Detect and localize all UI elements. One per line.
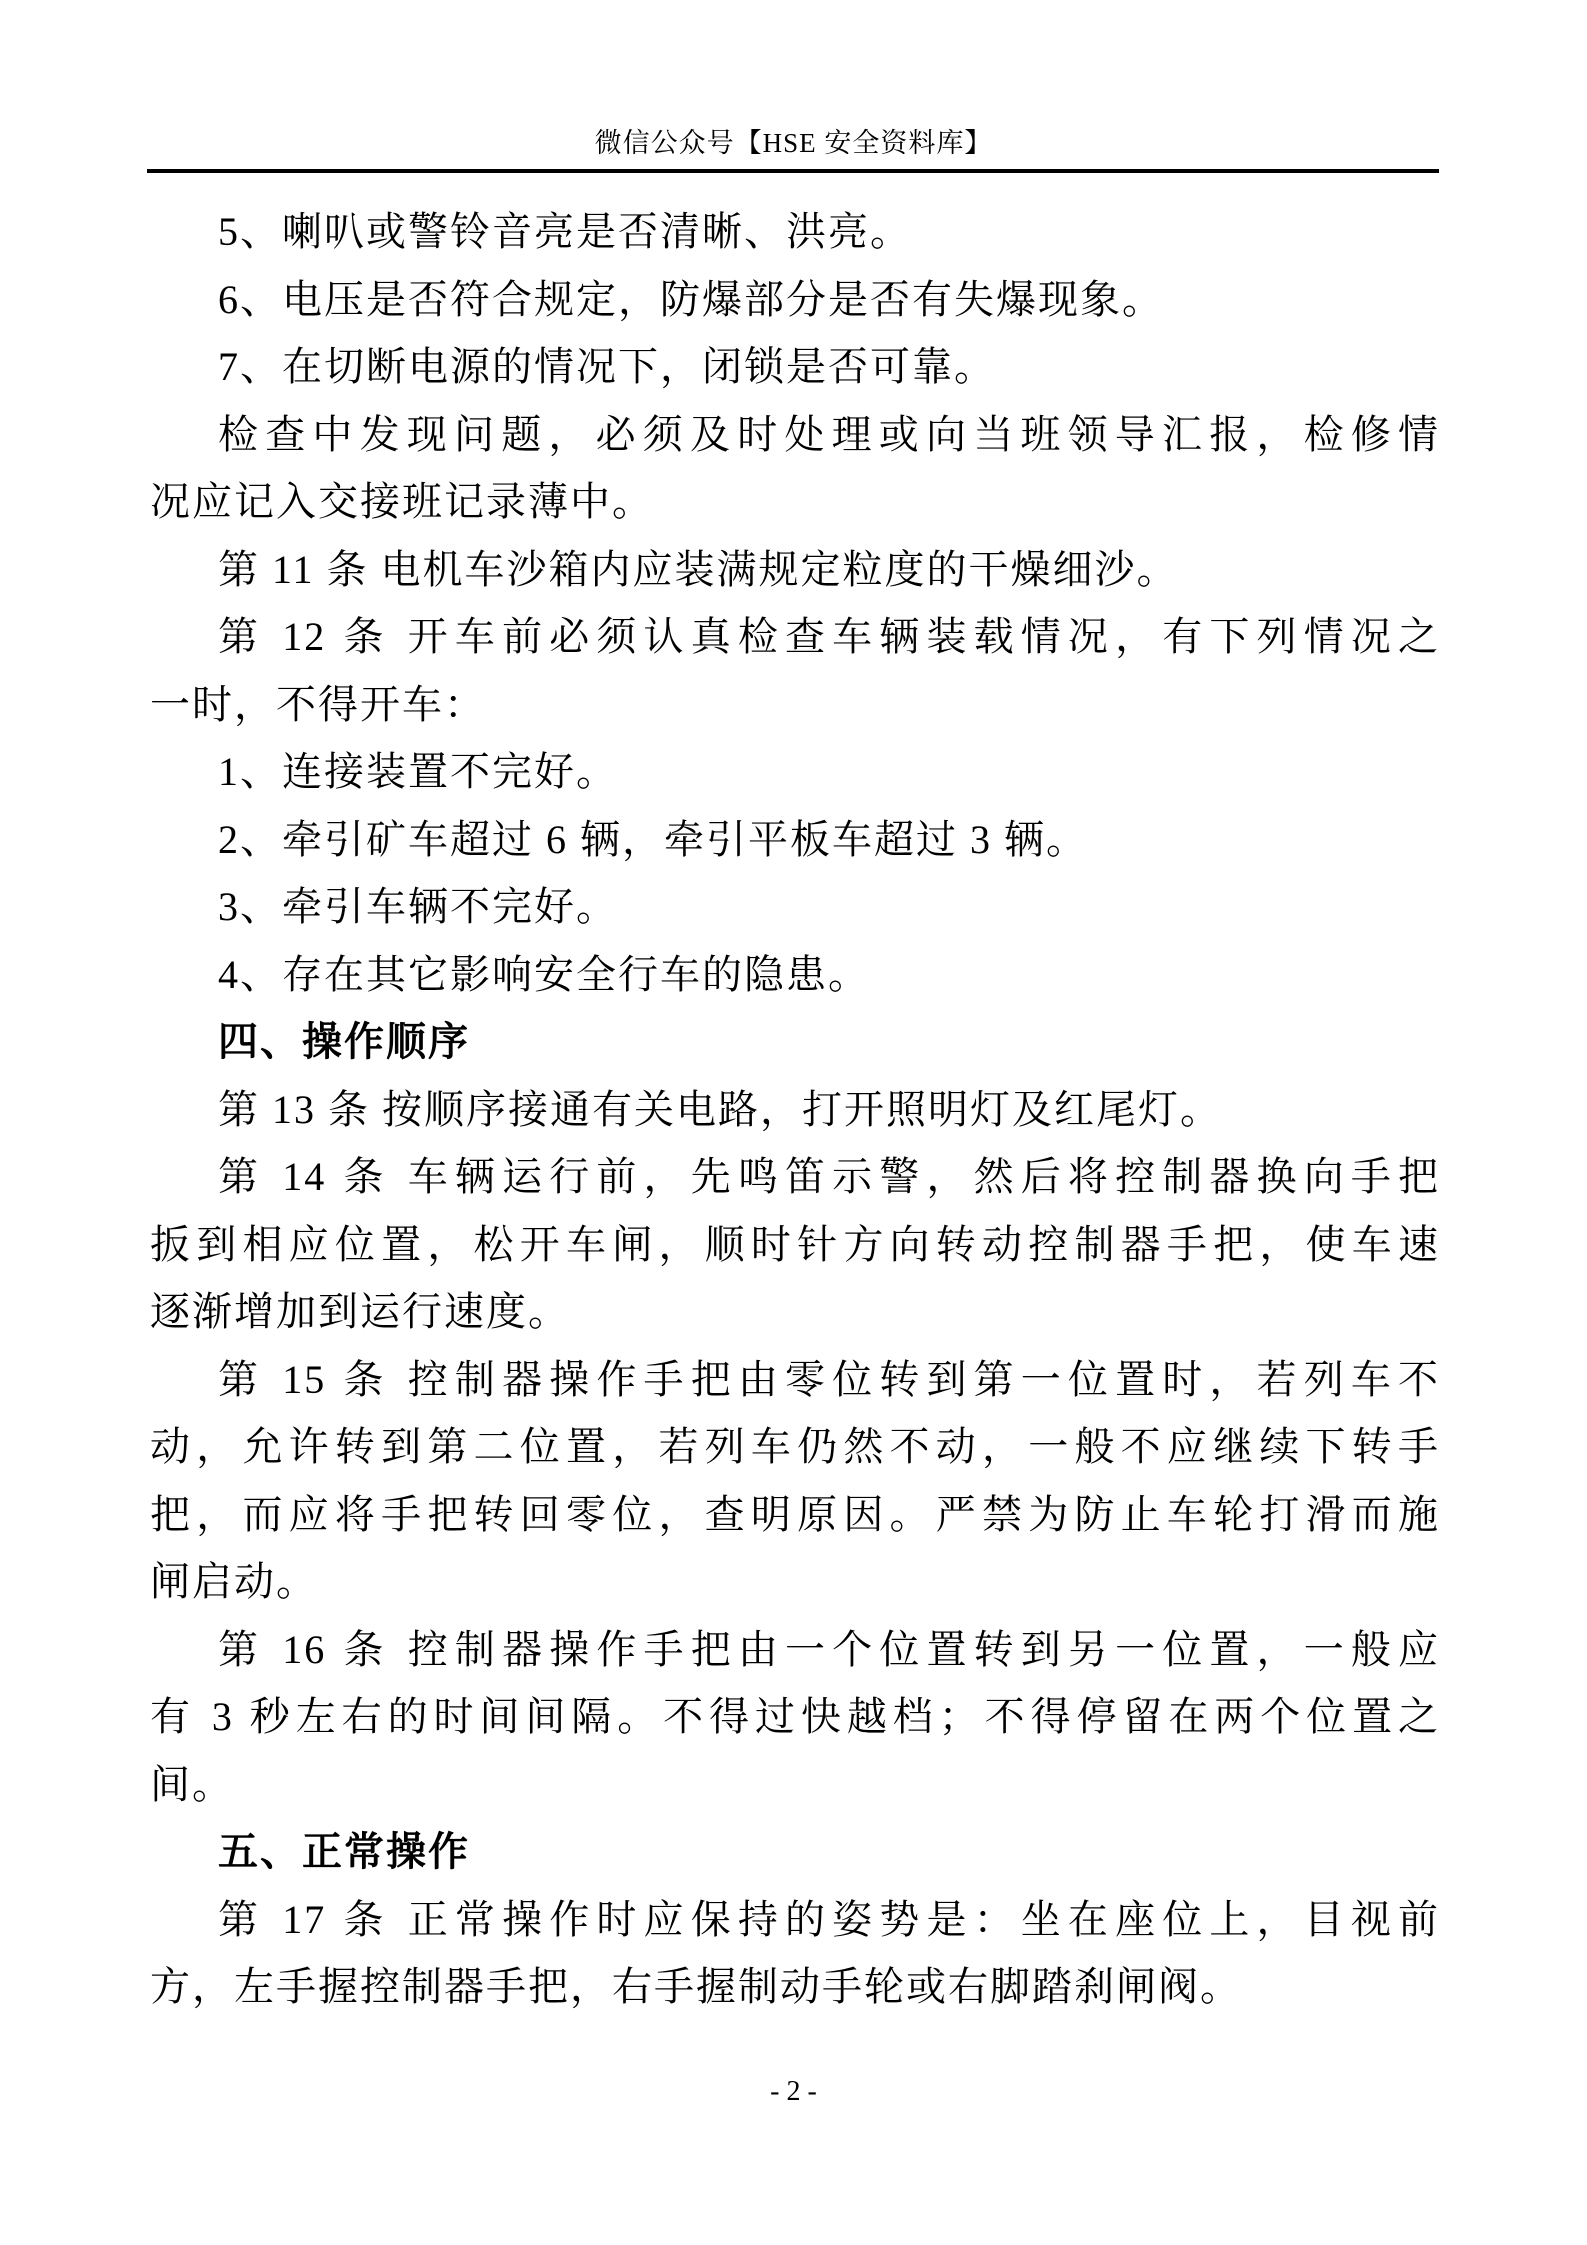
text-line: 第 11 条 电机车沙箱内应装满规定粒度的干燥细沙。: [150, 536, 1440, 604]
text-line: 方，左手握控制器手把，右手握制动手轮或右脚踏刹闸阀。: [150, 1953, 1440, 2021]
text-line: 2、牵引矿车超过 6 辆，牵引平板车超过 3 辆。: [150, 806, 1440, 874]
text-line: 况应记入交接班记录薄中。: [150, 468, 1440, 536]
document-page: 微信公众号【HSE 安全资料库】 5、喇叭或警铃音亮是否清晰、洪亮。 6、电压是…: [0, 0, 1587, 2245]
text-line: 有 3 秒左右的时间间隔。不得过快越档；不得停留在两个位置之: [150, 1683, 1440, 1751]
text-line: 第 17 条 正常操作时应保持的姿势是：坐在座位上，目视前: [150, 1886, 1440, 1954]
header-divider: [147, 169, 1439, 173]
text-line: 检查中发现问题，必须及时处理或向当班领导汇报，检修情: [150, 401, 1440, 469]
text-line: 第 14 条 车辆运行前，先鸣笛示警，然后将控制器换向手把: [150, 1143, 1440, 1211]
text-line: 把，而应将手把转回零位，查明原因。严禁为防止车轮打滑而施: [150, 1481, 1440, 1549]
text-line: 第 12 条 开车前必须认真检查车辆装载情况，有下列情况之: [150, 603, 1440, 671]
section-heading-5: 五、正常操作: [150, 1818, 1440, 1886]
text-line: 6、电压是否符合规定，防爆部分是否有失爆现象。: [150, 266, 1440, 334]
text-line: 逐渐增加到运行速度。: [150, 1278, 1440, 1346]
text-line: 5、喇叭或警铃音亮是否清晰、洪亮。: [150, 198, 1440, 266]
text-line: 闸启动。: [150, 1548, 1440, 1616]
header-title: 微信公众号【HSE 安全资料库】: [595, 128, 993, 158]
text-line: 扳到相应位置，松开车闸，顺时针方向转动控制器手把，使车速: [150, 1211, 1440, 1279]
text-line: 一时，不得开车：: [150, 671, 1440, 739]
text-line: 第 15 条 控制器操作手把由零位转到第一位置时，若列车不: [150, 1346, 1440, 1414]
text-line: 1、连接装置不完好。: [150, 738, 1440, 806]
text-line: 动，允许转到第二位置，若列车仍然不动，一般不应继续下转手: [150, 1413, 1440, 1481]
text-line: 7、在切断电源的情况下，闭锁是否可靠。: [150, 333, 1440, 401]
text-line: 间。: [150, 1751, 1440, 1819]
document-body: 5、喇叭或警铃音亮是否清晰、洪亮。 6、电压是否符合规定，防爆部分是否有失爆现象…: [150, 198, 1440, 2021]
page-header: 微信公众号【HSE 安全资料库】: [0, 124, 1587, 162]
text-line: 3、牵引车辆不完好。: [150, 873, 1440, 941]
section-heading-4: 四、操作顺序: [150, 1008, 1440, 1076]
text-line: 第 13 条 按顺序接通有关电路，打开照明灯及红尾灯。: [150, 1076, 1440, 1144]
page-number: - 2 -: [0, 2074, 1587, 2110]
text-line: 4、存在其它影响安全行车的隐患。: [150, 941, 1440, 1009]
text-line: 第 16 条 控制器操作手把由一个位置转到另一位置，一般应: [150, 1616, 1440, 1684]
